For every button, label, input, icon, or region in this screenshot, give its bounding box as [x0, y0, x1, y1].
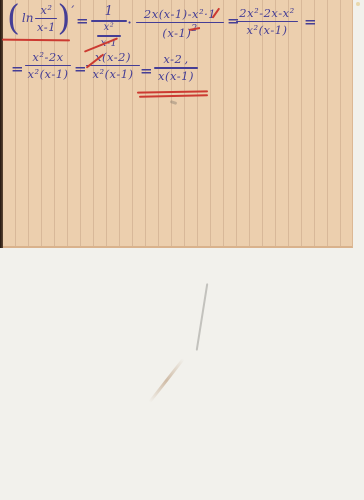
equals-4: =: [11, 63, 24, 77]
inner-numerator: x²: [104, 23, 115, 34]
factored-rest: (x-2): [102, 51, 131, 63]
simplified-fraction-1: x²-2x x²(x-1): [25, 51, 71, 80]
quotient-denominator: (x-1)2: [162, 25, 197, 39]
derivative-expression: ( ln x² x-1 ) ′: [7, 4, 74, 33]
expanded-numerator: 2x²-2x-x²: [239, 7, 294, 19]
argument-fraction: x² x-1: [35, 4, 57, 33]
expanded-denominator: x²(x-1): [246, 24, 287, 36]
prime-mark: ′: [71, 4, 74, 19]
fraction-bar: [136, 22, 224, 24]
equals-1: =: [76, 15, 89, 29]
result-fraction: x-2 , x(x-1): [154, 53, 198, 82]
equals-3: =: [304, 16, 317, 30]
equals-6: =: [140, 65, 153, 79]
reciprocal-numerator: 1: [105, 5, 114, 19]
scanned-notebook-page: ( ln x² x-1 ) ′ = 1 x² x-1 · 2x(x-1)-x²·…: [0, 0, 364, 500]
quotient-denominator-exponent: 2: [191, 24, 197, 34]
argument-numerator: x²: [40, 4, 52, 16]
quotient-denominator-base: (x-1): [162, 26, 191, 40]
scanner-scratch-line: [196, 283, 209, 350]
result-denominator: x(x-1): [158, 70, 194, 82]
comma-flick: ,: [184, 53, 188, 66]
close-paren: ): [57, 4, 70, 33]
hair-streak: [148, 358, 184, 403]
frac1-numerator: x²-2x: [32, 51, 63, 63]
quotient-rule-fraction: 2x(x-1)-x²·1 (x-1)2: [136, 8, 224, 39]
quotient-numerator: 2x(x-1)-x²·1: [144, 8, 216, 20]
expanded-fraction: 2x²-2x-x² x²(x-1): [236, 7, 298, 36]
factored-denominator: x²(x-1): [92, 68, 133, 80]
factored-fraction: x (x-2) x²(x-1): [86, 51, 140, 80]
result-numerator: x-2 ,: [163, 53, 188, 66]
ln-function: ln: [22, 11, 34, 25]
multiplication-dot: ·: [127, 15, 133, 32]
open-paren: (: [7, 4, 20, 33]
paper-speck: [356, 2, 360, 6]
argument-denominator: x-1: [37, 21, 56, 33]
paper-left-edge-shadow: [0, 0, 3, 248]
result-numerator-text: x-2: [163, 53, 182, 65]
frac1-denominator: x²(x-1): [27, 68, 68, 80]
